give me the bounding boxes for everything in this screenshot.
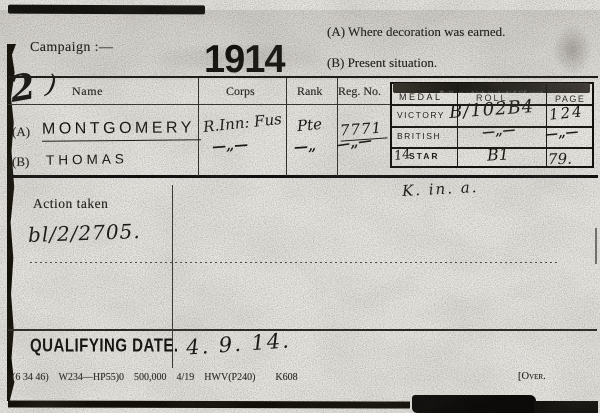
column-header-rank: Rank: [297, 84, 322, 99]
qualifying-date-label: QUALIFYING DATE.: [30, 336, 179, 356]
british-medal-label: BRITISH: [397, 131, 441, 141]
medal-index-card: Campaign :— (A) Where decoration was ear…: [0, 0, 600, 413]
note-where-earned: (A) Where decoration was earned.: [327, 24, 505, 40]
british-roll-ditto: —„—: [481, 123, 516, 141]
action-taken-label: Action taken: [33, 196, 108, 212]
row-b-corps-ditto: —„—: [211, 137, 248, 155]
rule-above-qualifying: [8, 329, 597, 331]
row-a-rank-value: Pte: [296, 115, 322, 135]
corner-scribble: 2: [7, 68, 38, 108]
row-a-prefix: (A): [12, 124, 30, 140]
row-b-reg-no-ditto: —„—: [335, 133, 373, 154]
rule-under-table: [8, 175, 598, 178]
column-header-reg-no: Reg. No.: [338, 84, 381, 99]
top-border-band: [8, 5, 205, 15]
over-note: [Over.: [518, 371, 546, 382]
row-a-name-value: MONTGOMERY: [42, 119, 201, 141]
victory-page-value: 124: [548, 102, 584, 124]
bottom-border-band: [8, 400, 410, 408]
campaign-label: Campaign :—: [30, 40, 113, 56]
action-reference-handwriting: bl/2/2705.: [28, 219, 141, 247]
row-a-corps-value: R.Inn: Fus: [202, 110, 282, 136]
table-vline-corps-rank: [286, 78, 287, 176]
remark-kia-handwriting: K. in. a.: [402, 178, 479, 200]
medal-box-vline-1: [457, 84, 458, 166]
rule-under-header-row: [8, 104, 390, 105]
column-header-corps: Corps: [226, 84, 255, 99]
rule-under-campaign: [8, 76, 598, 78]
star-medal-label: STAR: [409, 151, 440, 161]
year-title: 1914: [204, 41, 285, 80]
star-roll-value: B1: [487, 144, 510, 164]
victory-medal-label: VICTORY: [397, 110, 445, 120]
qualifying-date-value: 4. 9. 14.: [185, 328, 291, 359]
row-b-rank-ditto: —„: [293, 138, 316, 156]
table-vline-rank-reg: [337, 78, 338, 176]
bottom-border-blob: [412, 395, 536, 413]
star-page-value: 79.: [548, 150, 572, 169]
note-present-situation: (B) Present situation.: [327, 55, 437, 71]
row-b-name-value: THOMAS: [46, 151, 128, 167]
british-page-ditto: —„—: [544, 125, 579, 143]
column-header-name: Name: [72, 84, 103, 99]
action-section-dotted-rule: [30, 262, 558, 263]
right-edge-mark: [595, 228, 597, 264]
printer-code: (6 34 46) W234—HP55)0 500,000 4/19 HWV(P…: [12, 372, 298, 383]
bottom-border-band-right: [534, 401, 598, 413]
medal-column-header: MEDAL: [399, 92, 443, 102]
paper-stain: [545, 15, 600, 85]
row-b-prefix: (B): [12, 154, 29, 170]
